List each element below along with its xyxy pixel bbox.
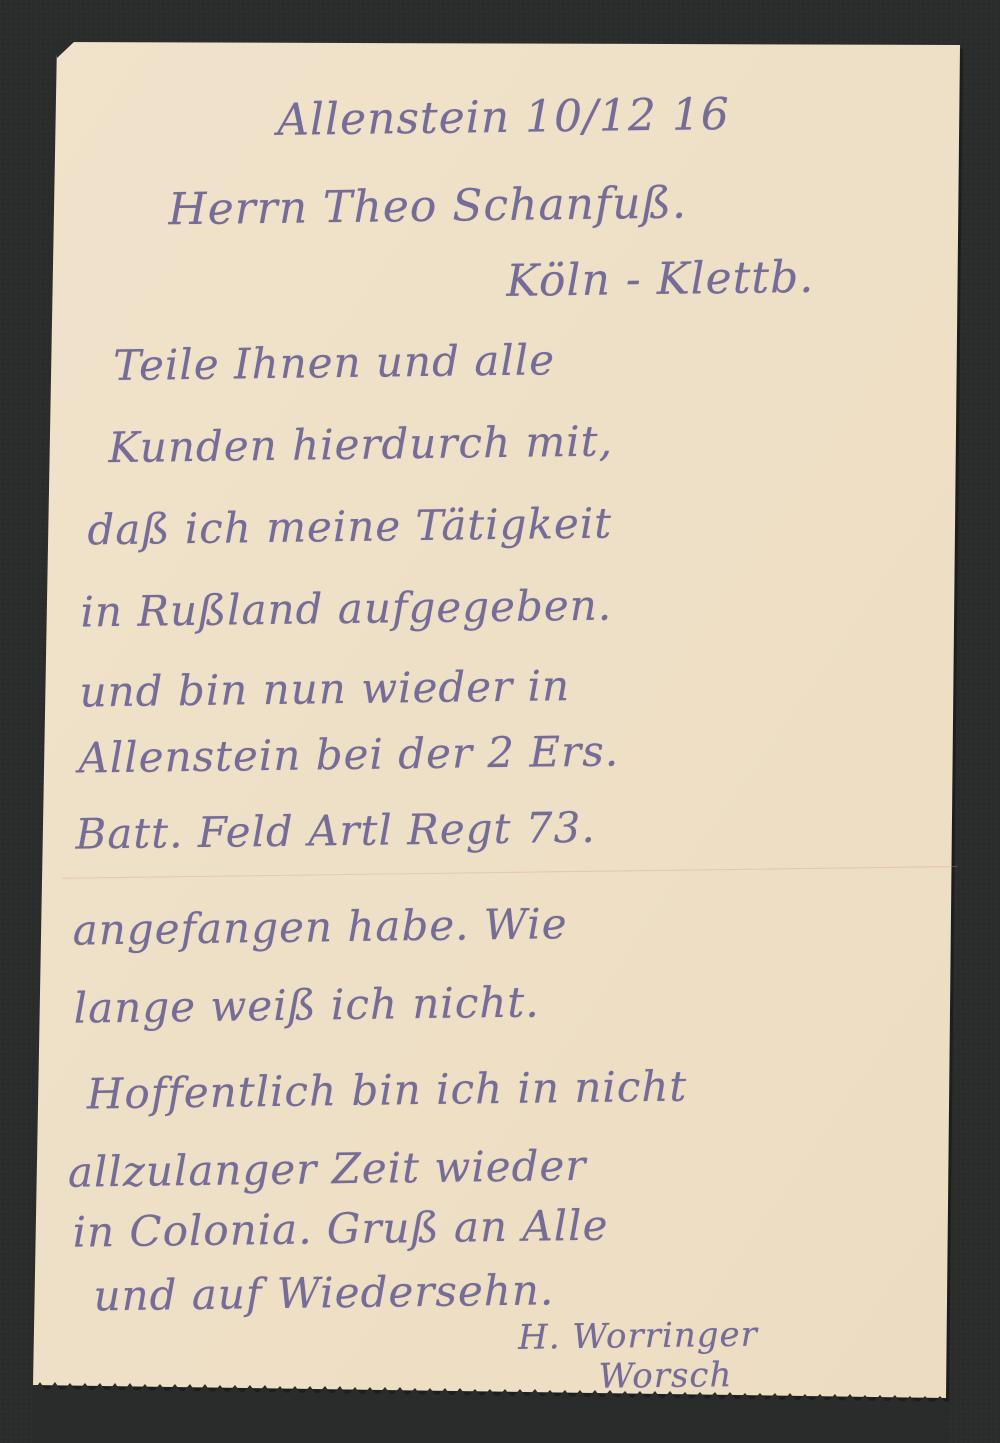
postcard-content: Allenstein 10/12 16 Herrn Theo Schanfuß.… [0, 0, 1000, 1443]
body-line: Teile Ihnen und alle [113, 335, 555, 390]
body-line: Kunden hierdurch mit, [108, 417, 613, 473]
body-line: daß ich meine Tätigkeit [87, 499, 612, 555]
body-line: in Colonia. Gruß an Alle [72, 1201, 608, 1257]
body-line: Batt. Feld Artl Regt 73. [75, 803, 596, 859]
body-line: Hoffentlich bin ich in nicht [87, 1062, 688, 1119]
body-line: und auf Wiedersehn. [93, 1265, 554, 1320]
signature-second-line: Worsch [598, 1355, 732, 1397]
place-date: Allenstein 10/12 16 [277, 89, 730, 146]
body-line: Allenstein bei der 2 Ers. [78, 726, 619, 782]
body-line: angefangen habe. Wie [72, 899, 567, 954]
body-line: und bin nun wieder in [79, 661, 570, 716]
body-line: lange weiß ich nicht. [73, 978, 540, 1033]
body-line: in Rußland aufgegeben. [80, 581, 612, 637]
recipient-city: Köln - Klettb. [506, 252, 815, 307]
signature-name: H. Worringer [518, 1315, 758, 1358]
body-line: allzulanger Zeit wieder [68, 1141, 587, 1197]
recipient-name: Herrn Theo Schanfuß. [168, 178, 687, 236]
ruled-line [62, 866, 957, 879]
